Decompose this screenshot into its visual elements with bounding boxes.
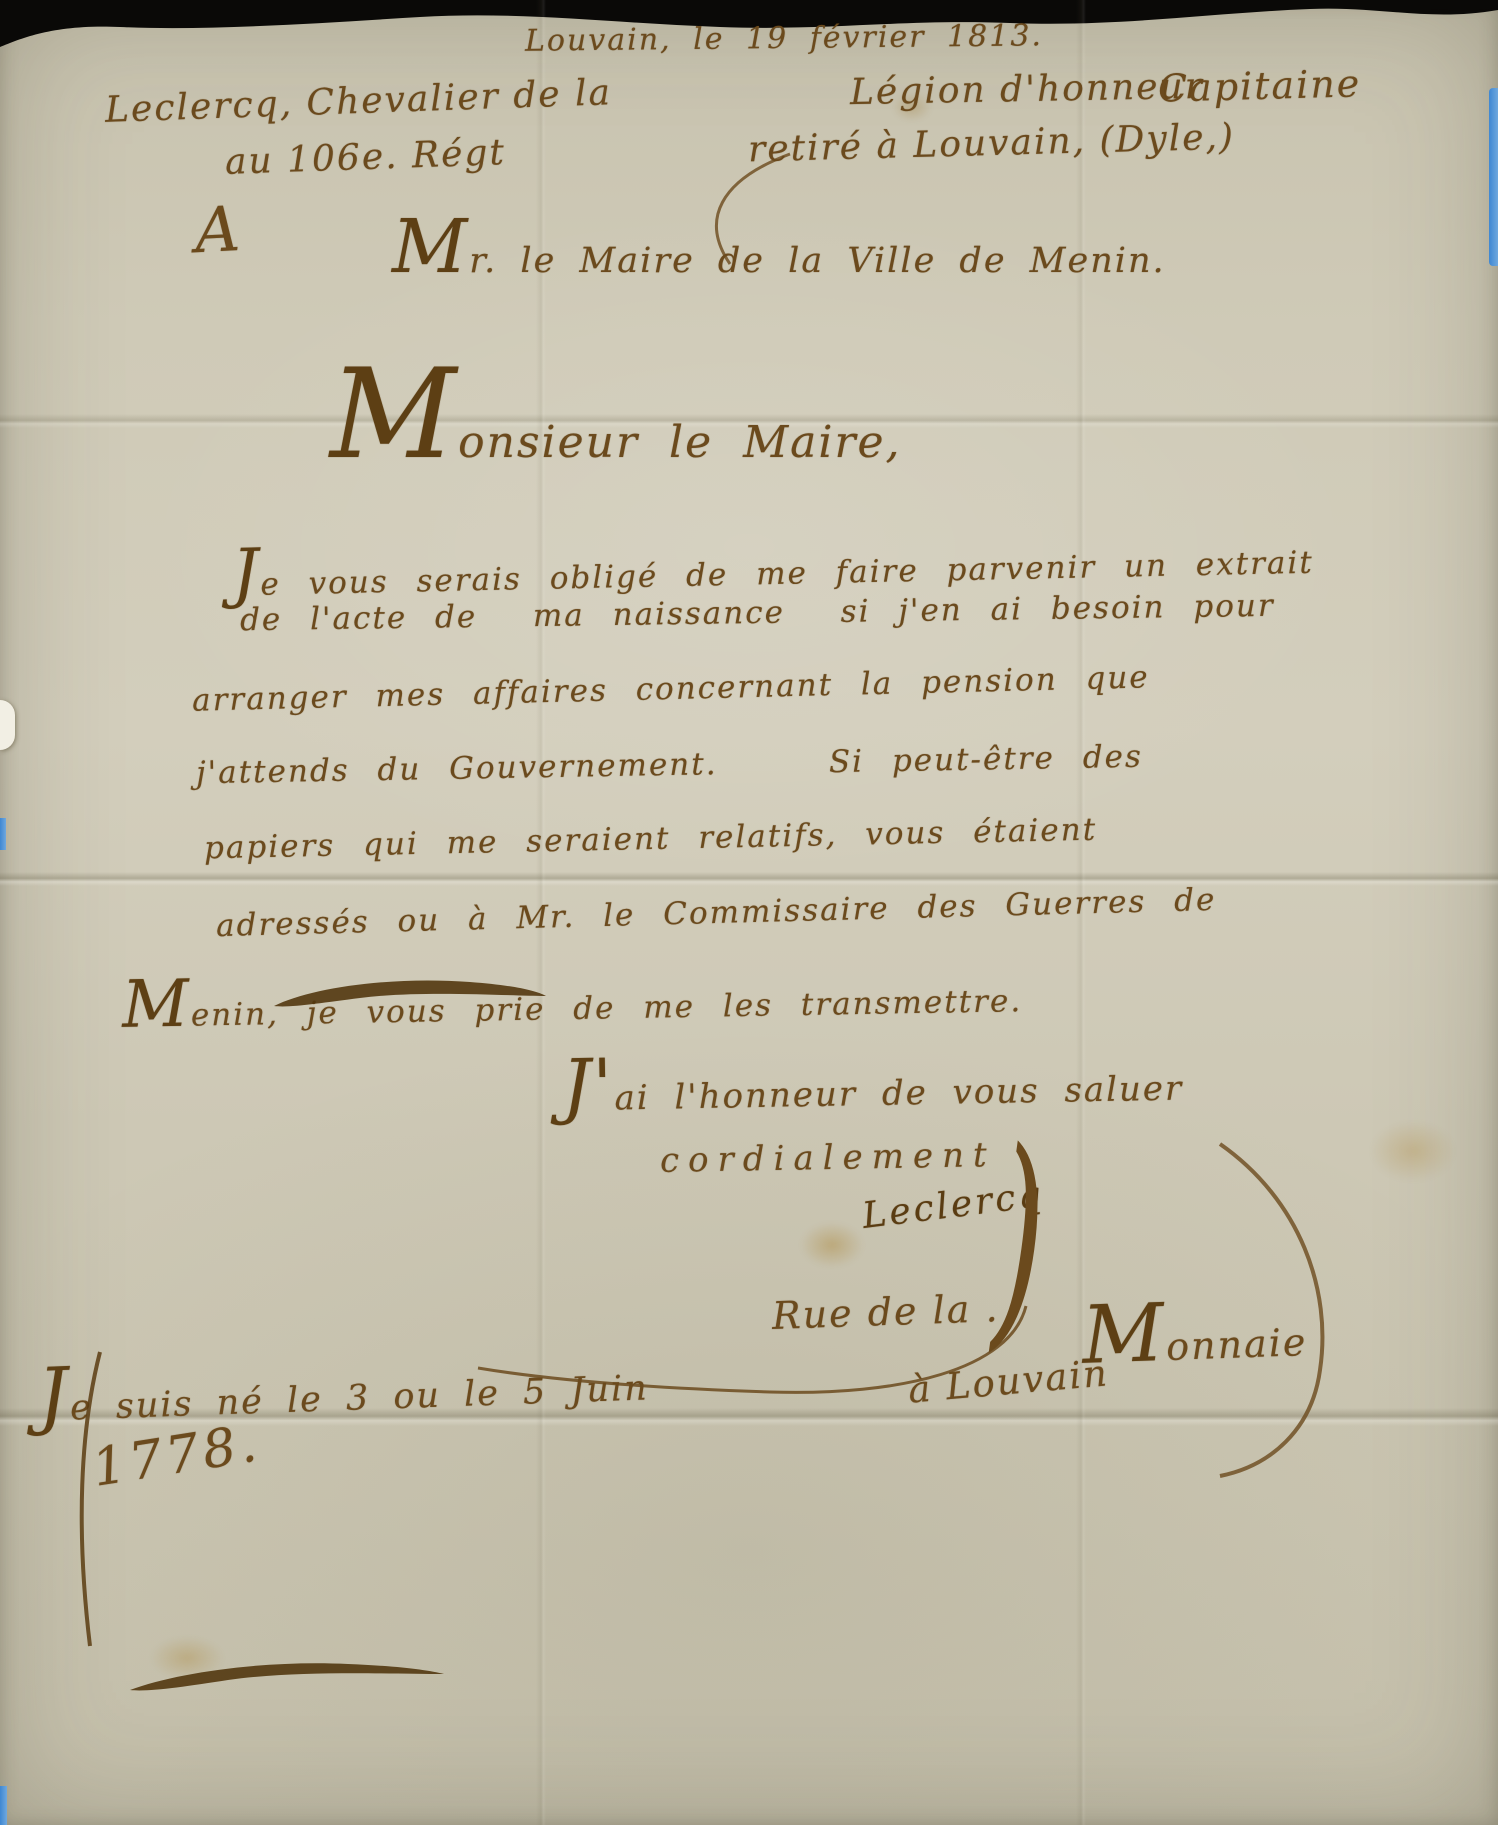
sender-regiment: au 106e. Régt — [224, 133, 506, 182]
address-street: Monnaie — [1081, 1284, 1309, 1380]
paper-tear-notch — [0, 700, 15, 750]
address-street: Rue de la . — [771, 1288, 1000, 1338]
body-line: Menin, je vous prie de me les transmettr… — [121, 954, 1022, 1041]
closing-line: J'ai l'honneur de vous saluer — [561, 1037, 1183, 1126]
addressee-prefix: A — [193, 195, 243, 266]
fold-crease-horizontal — [0, 872, 1498, 886]
body-line: j'attends du Gouvernement. Si peut-être … — [196, 740, 1143, 791]
sender-legion-honneur: Légion d'honneur — [850, 67, 1205, 113]
ink-stain — [800, 1222, 864, 1268]
sender-rank: Capitaine — [1157, 63, 1361, 110]
scanner-bed-sliver-bottom-left — [0, 1786, 7, 1825]
sender-residence: retiré à Louvain, (Dyle,) — [748, 118, 1236, 170]
dateline: Louvain, le 19 février 1813. — [525, 19, 1043, 57]
scanner-bed-sliver-right — [1489, 88, 1498, 266]
body-line: papiers qui me seraient relatifs, vous é… — [204, 813, 1098, 866]
addressee-line: Mr. le Maire de la Ville de Menin. — [392, 208, 1166, 289]
body-line: arranger mes affaires concernant la pens… — [192, 660, 1150, 717]
closing-line: cordialement — [660, 1137, 996, 1180]
ink-stain — [1370, 1120, 1456, 1182]
ink-stain — [150, 1636, 224, 1680]
salutation: Monsieur le Maire, — [330, 348, 902, 484]
body-line: adressés ou à Mr. le Commissaire des Gue… — [216, 883, 1217, 943]
letter-scan: Louvain, le 19 février 1813. Leclercq, C… — [0, 0, 1498, 1825]
flourish-parenthesis: ) — [991, 1108, 1050, 1371]
scanner-bed-sliver-left — [0, 818, 6, 850]
